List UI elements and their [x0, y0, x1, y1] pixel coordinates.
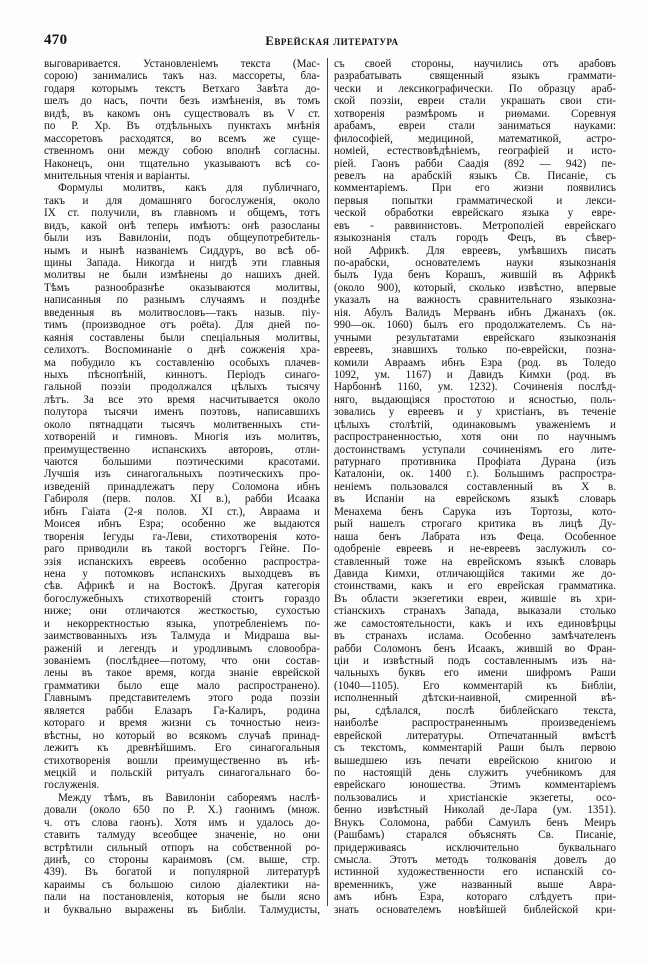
- text-line: лежитъ къ древнѣйшимъ. Его синагогальныя: [44, 742, 320, 754]
- text-line: (Рашбамъ) старался объяснять Св. Писаніе…: [334, 829, 616, 841]
- text-line: одобреніе евреевъ и не-евреевъ заслужилъ…: [334, 543, 616, 555]
- text-line: богослужебныхъ стихотвореній стоитъ гора…: [44, 593, 320, 605]
- text-line: около пятнадцати тысячъ молитвенныхъ сти…: [44, 419, 320, 431]
- text-line: Моисея ибнъ Езра; особенно же выдаются: [44, 518, 320, 530]
- text-line: полутора тысячи именъ поэтовъ, написавши…: [44, 406, 320, 418]
- text-line: Внукъ Соломона, рабби Самуилъ бенъ Меиръ: [334, 817, 616, 829]
- text-line: молитвы не были измѣнены до нашихъ дней.: [44, 269, 320, 281]
- text-line: такъ и для домашняго богослуженія, около: [44, 195, 320, 207]
- text-line: гальной поэзіи продолжался цѣлыхъ тысячу: [44, 381, 320, 393]
- text-line: стіанскихъ странахъ Запада, выказали сто…: [334, 605, 616, 617]
- text-line: IX ст. получили, въ главномъ и общемъ, т…: [44, 207, 320, 219]
- text-line: исполненный дѣтски-наивной, смиренной вѣ…: [334, 692, 616, 704]
- text-line: распространенностью, хотя они по научным…: [334, 431, 616, 443]
- text-line: ратурнаго противника Профіата Дурана (из…: [334, 456, 616, 468]
- text-line: мнительныя чтенія и варіанты.: [44, 170, 320, 182]
- text-line: шелъ до насъ, почти безъ измѣненія, въ т…: [44, 95, 320, 107]
- text-line: 990—ок. 1060) былъ его продолжателемъ. С…: [334, 319, 616, 331]
- text-line: ской поэзіи, евреи стали украшать свои с…: [334, 95, 616, 107]
- text-line: евъ - раввинистовъ. Метрополіей еврейска…: [334, 220, 616, 232]
- text-line: пользовались и христіанскіе экзегеты, ос…: [334, 792, 616, 804]
- text-line: ческой обработки еврейскаго языка у евре…: [334, 207, 616, 219]
- text-line: Тѣмъ разнообразнѣе оказываются молитвы,: [44, 282, 320, 294]
- text-line: ч. отъ слова гаонъ). Хотя имъ и удалось …: [44, 817, 320, 829]
- text-line: нымъ и нынѣ названіемъ Сиддуръ, во всѣ о…: [44, 245, 320, 257]
- text-line: Лучшія изъ синагогальныхъ поэтическихъ п…: [44, 468, 320, 480]
- text-line: лѣтъ. За все это время насчитывается око…: [44, 394, 320, 406]
- text-line: Наконецъ, они тщательно указываютъ всѣ с…: [44, 158, 320, 170]
- text-line: годаря которымъ текстъ Ветхаго Завѣта до…: [44, 83, 320, 95]
- column-divider: [327, 58, 328, 906]
- text-line: еврейскаго юношества. Этимъ комментаріем…: [334, 779, 616, 791]
- text-line: написанныя по разнымъ случаямъ и позднѣе: [44, 294, 320, 306]
- text-line: въ Испаніи на еврейскомъ языкѣ словарь: [334, 493, 616, 505]
- text-line: Менахема бенъ Сарука изъ Тортозы, кото-: [334, 506, 616, 518]
- text-line: (около 900), который, сколько извѣстно, …: [334, 282, 616, 294]
- text-line: няго, выдающіяся простотою и ясностью, п…: [334, 394, 616, 406]
- text-line: комили Авраамъ ибнъ Езра (род. въ Толедо: [334, 357, 616, 369]
- text-line: заимствованныхъ изъ Талмуда и Мидраша вы…: [44, 630, 320, 642]
- text-line: наша бенъ Лабрата изъ Феца. Особенное: [334, 531, 616, 543]
- text-line: мецкій и польскій ритуалъ синагогальнаго…: [44, 767, 320, 779]
- text-line: указалъ на важность сравнительнаго языко…: [334, 294, 616, 306]
- text-line: былъ Іуда бенъ Корашъ, жившій въ Африкѣ: [334, 269, 616, 281]
- text-line: рабби Соломонъ бенъ Исаакъ, жившій во Фр…: [334, 643, 616, 655]
- text-line: довали (около 650 по Р. Х.) гаонимъ (мно…: [44, 804, 320, 816]
- text-line: хотвореній и гимновъ. Многія изъ молитвъ…: [44, 431, 320, 443]
- text-line: первыя попытки грамматической и лекси-: [334, 195, 616, 207]
- text-line: грамматики было еще мало распространено)…: [44, 680, 320, 692]
- text-line: и буквально выражены въ Библіи. Талмудис…: [44, 904, 320, 916]
- text-line: раго приводили въ такой восторгъ Гейне. …: [44, 543, 320, 555]
- text-line: ибнъ Гаіата (2-я полов. XI ст.), Авраама…: [44, 506, 320, 518]
- text-line: по Р. Хр. Въ отдѣльныхъ пунктахъ мнѣнія: [44, 120, 320, 132]
- text-line: ныхъ пѣснопѣній, киннотъ. Періодъ синаго…: [44, 369, 320, 381]
- text-line: Габироля (перв. полов. XI в.), рабби Иса…: [44, 493, 320, 505]
- text-line: 1092, ум. 1167) и Давидъ Кимхи (род. въ: [334, 369, 616, 381]
- text-line: (1040—1105). Его комментарій къ Библіи,: [334, 680, 616, 692]
- text-line: бенно извѣстный Николай де-Лара (ум. 135…: [334, 804, 616, 816]
- text-line: котораго и время жизни съ точностью неиз…: [44, 717, 320, 729]
- text-line: стоинствами, какъ и его еврейская грамма…: [334, 580, 616, 592]
- text-line: гослуженія.: [44, 779, 320, 791]
- text-line: евреевъ, знавшихъ только по-еврейски, по…: [334, 344, 616, 356]
- text-line: зованіемъ (послѣднее—потому, что они сос…: [44, 655, 320, 667]
- text-line: Въ области экзегетики евреи, жившіе въ х…: [334, 593, 616, 605]
- text-line: были изъ Вавилоніи, подъ общеупотребител…: [44, 232, 320, 244]
- text-line: разрабатывать священный языкъ граммати-: [334, 70, 616, 82]
- text-line: временникъ, уже названный выше Авра-: [334, 879, 616, 891]
- text-line: ріей. Гаонъ рабби Саадія (892 — 942) пе-: [334, 158, 616, 170]
- text-line: сѣв. Африкѣ и на Востокѣ. Другая категор…: [44, 580, 320, 592]
- text-line: ставленный тоже на еврейскомъ языкѣ слов…: [334, 556, 616, 568]
- text-line: пали на постановленія, которыя не были я…: [44, 891, 320, 903]
- text-line: учными результатами еврейскаго языкознан…: [334, 332, 616, 344]
- text-line: эзія испанскихъ евреевъ особенно распрос…: [44, 556, 320, 568]
- text-line: стихотворенія вошли преимущественно въ н…: [44, 755, 320, 767]
- text-line: ціи и извѣстный подъ составленнымъ изъ н…: [334, 655, 616, 667]
- scanned-page: 470 Еврейская литература выговаривается.…: [0, 0, 650, 963]
- text-line: Главнымъ представителемъ этого рода поэз…: [44, 692, 320, 704]
- text-line: съ своей стороны, научились отъ арабовъ: [334, 58, 616, 70]
- text-line: чески и лексикографически. По образцу ар…: [334, 83, 616, 95]
- text-line: вышедшею изъ печати еврейскою книгою и: [334, 755, 616, 767]
- text-line: ры, сдѣлался, послѣ библейскаго текста,: [334, 705, 616, 717]
- text-line: комментаріемъ. При его жизни появились: [334, 182, 616, 194]
- text-line: и некорректностью языка, употребленіемъ …: [44, 618, 320, 630]
- text-line: преимущественно испанскихъ авторовъ, отл…: [44, 444, 320, 456]
- text-line: введенныя въ молитвословъ—такъ назыв. пі…: [44, 307, 320, 319]
- text-line: встрѣтили сильный отпоръ на собственной …: [44, 842, 320, 854]
- text-line: Каталоніи, ок. 1400 г.). Большимъ распро…: [334, 468, 616, 480]
- text-line: арабамъ, евреи стали заниматься науками:: [334, 120, 616, 132]
- text-line: номіей, естествовѣдѣніемъ, географіей и …: [334, 145, 616, 157]
- text-line: придерживаясь исключительно буквальнаго: [334, 842, 616, 854]
- left-column: выговаривается. Установленіемъ текста (М…: [44, 58, 320, 916]
- text-line: цѣлыхъ столѣтій, одинаковымъ уваженіемъ …: [334, 419, 616, 431]
- text-line: же самостоятельности, какъ и ихъ единовѣ…: [334, 618, 616, 630]
- text-line: въ странахъ ислама. Особенно замѣчателен…: [334, 630, 616, 642]
- text-line: выговаривается. Установленіемъ текста (М…: [44, 58, 320, 70]
- text-line: Между тѣмъ, въ Вавилоніи сабореямъ наслѣ…: [44, 792, 320, 804]
- text-line: истинной художественности его испанскій …: [334, 866, 616, 878]
- text-line: раженій и легендъ и уродливымъ словообра…: [44, 643, 320, 655]
- text-line: каянія составлены были спеціальныя молит…: [44, 332, 320, 344]
- text-line: неніемъ пользовался составленный въ X в.: [334, 481, 616, 493]
- text-line: лены въ такое время, когда знаніе еврейс…: [44, 667, 320, 679]
- text-line: ниже; они отличаются жесткостью, сухость…: [44, 605, 320, 617]
- text-line: хотворенія размѣромъ и риѳмами. Соревнуя: [334, 108, 616, 120]
- text-line: вѣстны, но который во всякомъ случаѣ при…: [44, 730, 320, 742]
- text-line: зовались у евреевъ и у христіанъ, въ теч…: [334, 406, 616, 418]
- text-line: творенія Іегуды га-Леви, стихотворенія к…: [44, 531, 320, 543]
- text-line: еврейской литературы. Отпечатанный вмѣст…: [334, 730, 616, 742]
- text-line: щины Запада. Никогда и нигдѣ эти главныя: [44, 257, 320, 269]
- text-line: по-арабски, основателемъ науки языкознан…: [334, 257, 616, 269]
- text-line: массоретовъ расходятся, во всемъ же суще…: [44, 133, 320, 145]
- text-line: знать основателемъ новѣйшей библейской к…: [334, 904, 616, 916]
- text-line: динѣ, со стороны караимовъ (см. выше, ст…: [44, 854, 320, 866]
- text-line: караимы съ большою силою діалектики на-: [44, 879, 320, 891]
- text-line: изведеній принадлежатъ перу Соломона ибн…: [44, 481, 320, 493]
- text-line: языкознанія сталъ городъ Фецъ, въ сѣвер-: [334, 232, 616, 244]
- text-line: съ текстомъ, комментарій Раши былъ перво…: [334, 742, 616, 754]
- text-line: по настоящій день служитъ учебникомъ для: [334, 767, 616, 779]
- text-line: ставить талмуду всеобщее значеніе, но он…: [44, 829, 320, 841]
- text-line: Давида Кимхи, отличающійся такими же до-: [334, 568, 616, 580]
- text-line: ма побудило къ составленію особыхъ плаче…: [44, 357, 320, 369]
- text-line: чаются большими поэтическими красотами.: [44, 456, 320, 468]
- text-line: является рабби Елазаръ Га-Калиръ, родина: [44, 705, 320, 717]
- text-line: смысла. Этотъ методъ толкованія довелъ д…: [334, 854, 616, 866]
- page-title: Еврейская литература: [44, 34, 620, 49]
- text-line: чальныхъ буквъ его имени шифромъ Раши: [334, 667, 616, 679]
- text-line: наиболѣе распространеннымъ произведеніем…: [334, 717, 616, 729]
- text-line: видъ, какой онѣ теперь имѣютъ: онѣ разос…: [44, 220, 320, 232]
- text-line: ревелъ на арабскій языкъ Св. Писаніе, съ: [334, 170, 616, 182]
- right-column: съ своей стороны, научились отъ арабовър…: [334, 58, 616, 916]
- text-line: Формулы молитвъ, какъ для публичнаго,: [44, 182, 320, 194]
- text-line: достоинствамъ уступали сочиненіямъ его л…: [334, 444, 616, 456]
- text-line: нія. Абулъ Валидъ Мерванъ ибнъ Джанахъ (…: [334, 307, 616, 319]
- text-line: 439). Въ богатой и популярной литературѣ: [44, 866, 320, 878]
- text-line: селихотъ. Воспоминаніе о днѣ сожженія хр…: [44, 344, 320, 356]
- text-line: Нарбоннѣ 1160, ум. 1232). Сочиненія посл…: [334, 381, 616, 393]
- text-line: ной Африкѣ. Для евреевъ, умѣвшихъ писать: [334, 245, 616, 257]
- running-head: 470 Еврейская литература: [44, 32, 620, 50]
- text-line: философіей, медициной, математикой, астр…: [334, 133, 616, 145]
- text-line: видѣ, въ какомъ онъ существовалъ въ V ст…: [44, 108, 320, 120]
- text-line: ственномъ они между собою вполнѣ согласн…: [44, 145, 320, 157]
- text-line: тимъ (производное отъ poëta). Для дней п…: [44, 319, 320, 331]
- text-line: рый нашелъ строгаго критика въ лицѣ Ду-: [334, 518, 616, 530]
- text-line: амъ ибнъ Езра, котораго слѣдуетъ при-: [334, 891, 616, 903]
- text-line: нена у потомковъ испанскихъ выходцевъ въ: [44, 568, 320, 580]
- text-line: сорою) занимались такъ наз. массореты, б…: [44, 70, 320, 82]
